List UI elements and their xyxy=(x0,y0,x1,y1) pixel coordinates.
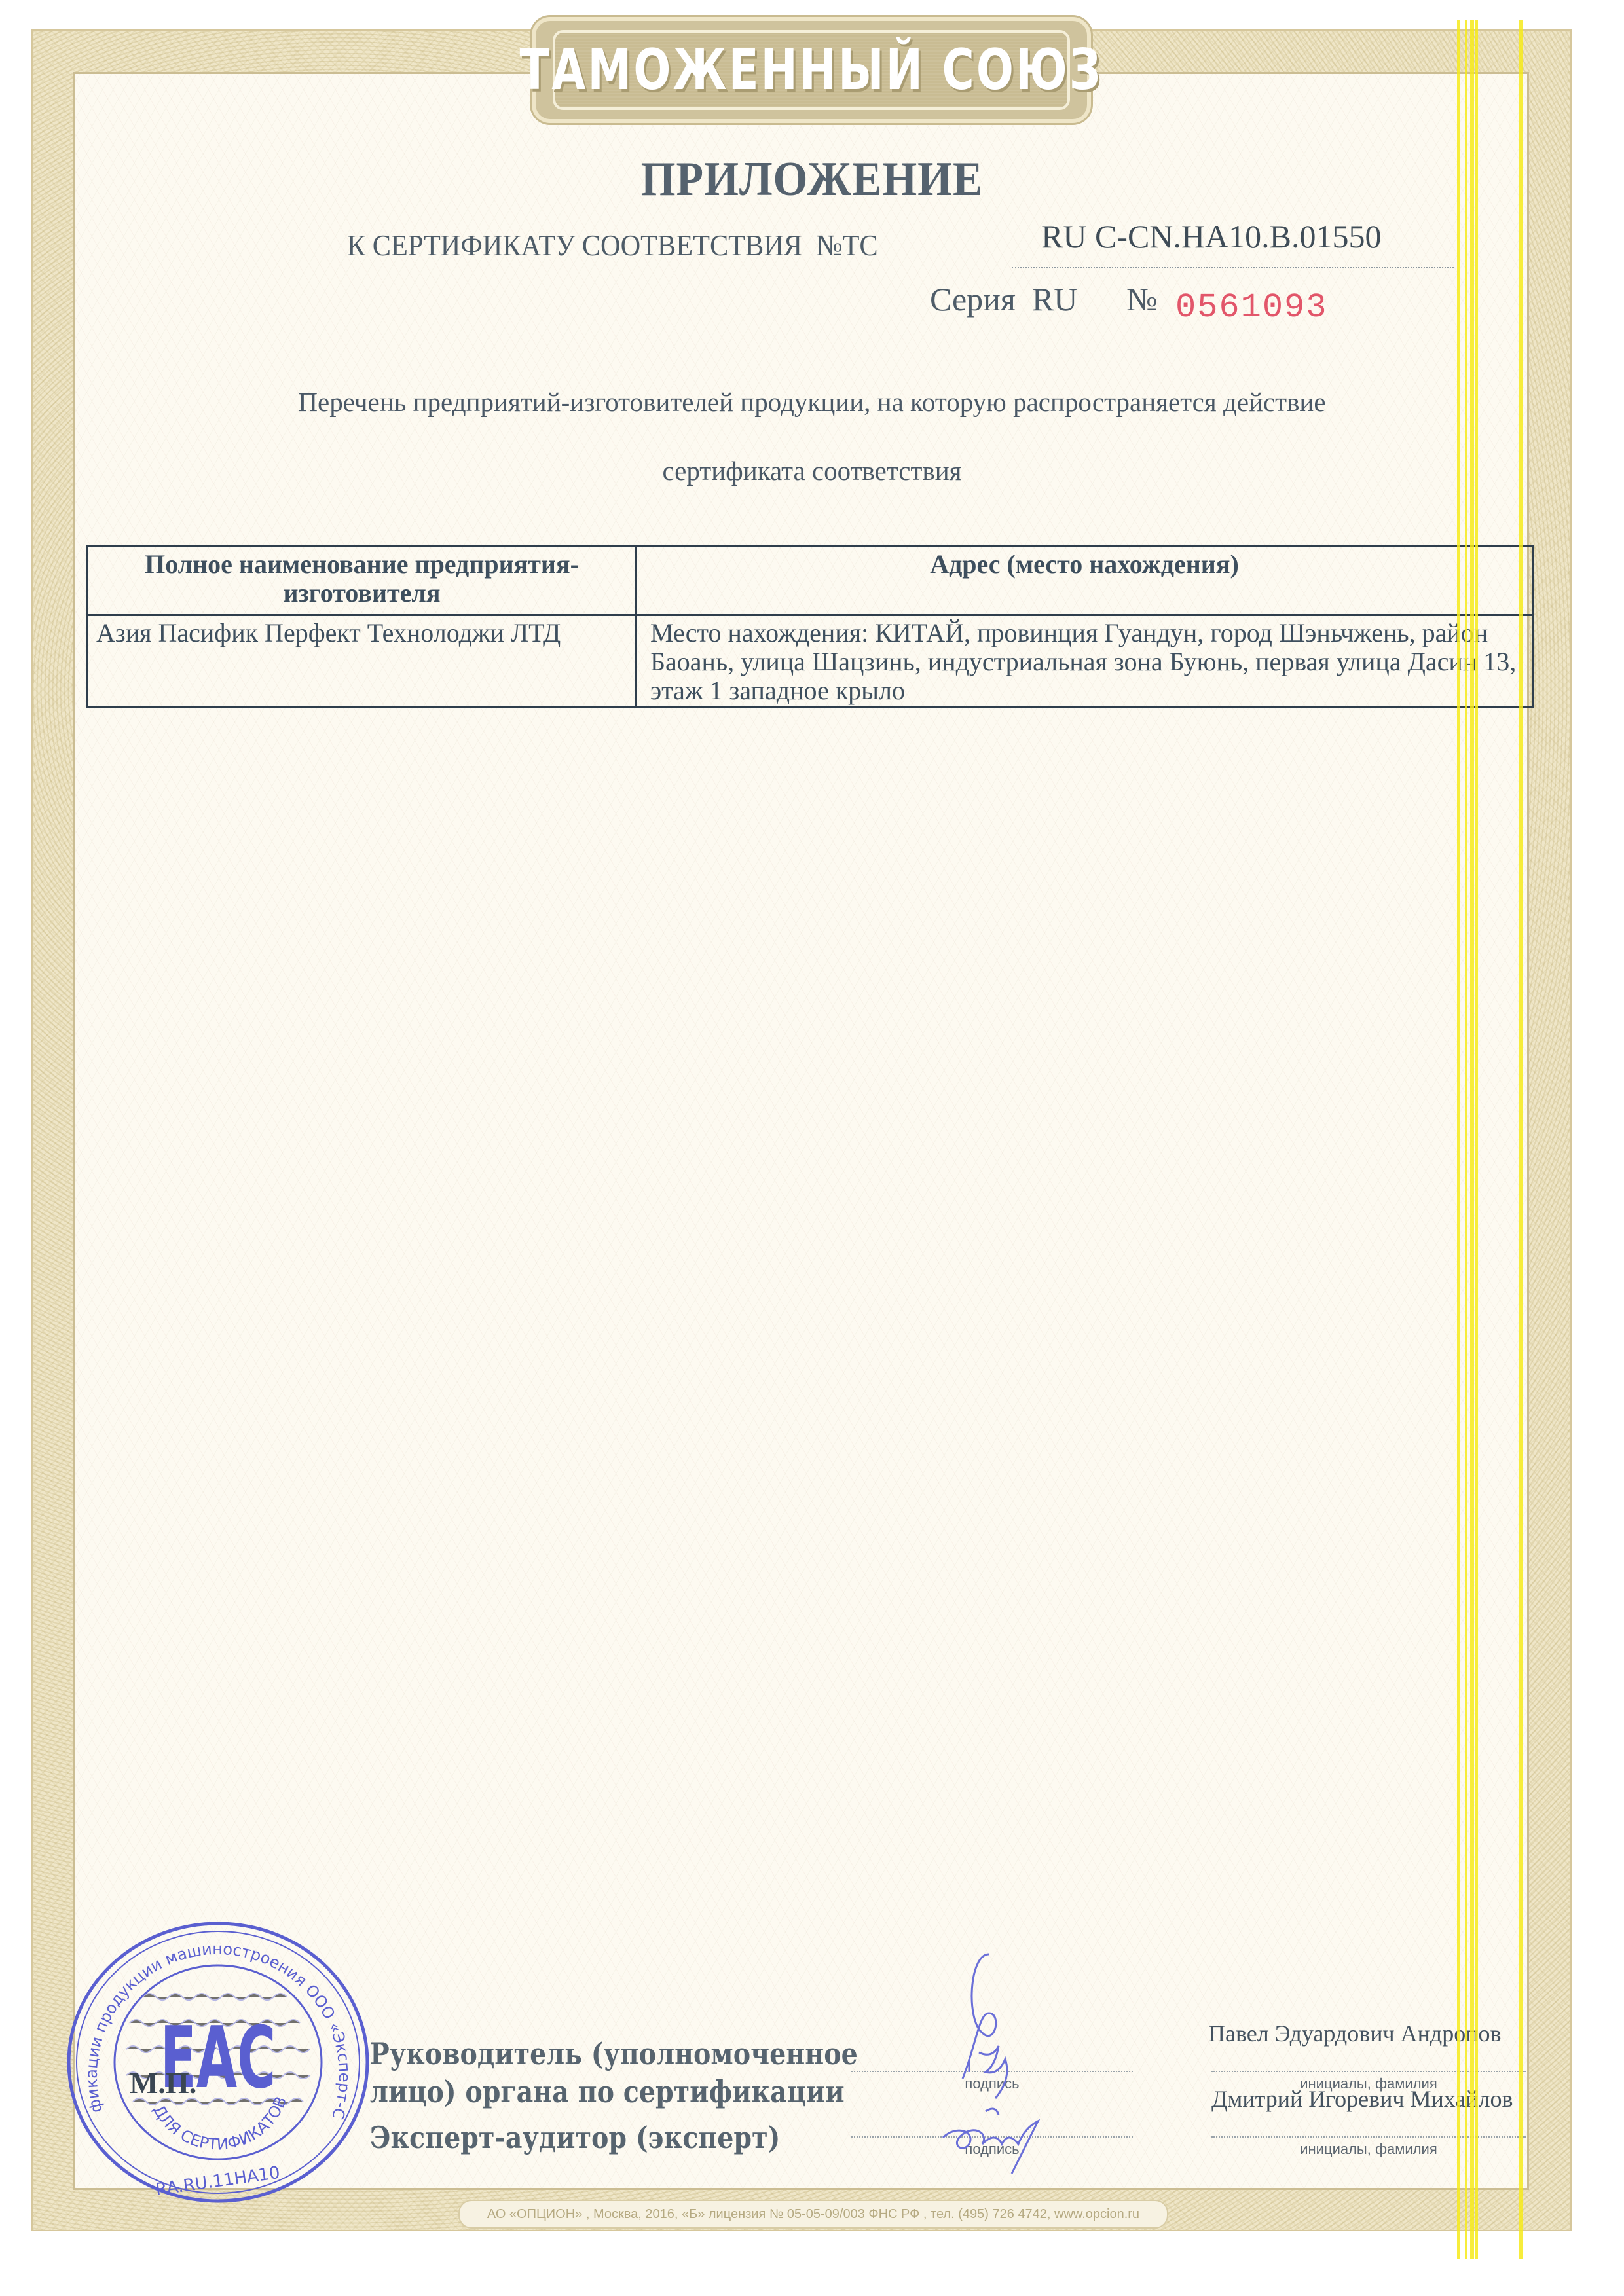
series-label: Серия RU xyxy=(930,280,1077,318)
intro-text-line2: сертификата соответствия xyxy=(0,455,1624,486)
expert-signature-icon xyxy=(936,2098,1054,2177)
column-header-address: Адрес (место нахождения) xyxy=(637,547,1533,615)
banner-title: ТАМОЖЕННЫЙ СОЮЗ xyxy=(520,37,1103,103)
certificate-no-prefix: №ТС xyxy=(816,228,877,262)
scan-streak xyxy=(1475,20,1478,2259)
eac-seal-stamp-icon: ЕАС Орган по сертификации продукции маши… xyxy=(64,1918,372,2206)
seal-mark: М.П. xyxy=(130,2066,196,2100)
certificate-number-underline xyxy=(1012,267,1454,268)
scan-streak xyxy=(1457,20,1460,2259)
table-row: Азия Пасифик Перфект Технолоджи ЛТД Мест… xyxy=(88,615,1533,708)
head-label-line1: Руководитель (уполномоченное xyxy=(370,2036,858,2071)
number-sign: № xyxy=(1126,280,1158,318)
expert-name-caption: инициалы, фамилия xyxy=(1211,2141,1526,2158)
expert-name-line xyxy=(1211,2136,1526,2138)
manufacturer-address: Место нахождения: КИТАЙ, провинция Гуанд… xyxy=(637,615,1533,708)
series-value: RU xyxy=(1032,281,1077,318)
head-name-line xyxy=(1211,2071,1526,2072)
certificate-number: RU C-CN.HA10.B.01550 xyxy=(1041,217,1381,255)
head-label-line2: лицо) органа по сертификации xyxy=(370,2074,845,2109)
column-header-name: Полное наименование предприятия-изготови… xyxy=(88,547,637,615)
scan-streak xyxy=(1470,20,1474,2259)
form-number: 0561093 xyxy=(1175,288,1327,327)
page-title: ПРИЛОЖЕНИЕ xyxy=(65,152,1559,208)
certificate-label: К СЕРТИФИКАТУ СООТВЕТСТВИЯ №ТС xyxy=(347,228,878,263)
printer-imprint: АО «ОПЦИОН» , Москва, 2016, «Б» лицензия… xyxy=(458,2200,1168,2229)
manufacturers-table: Полное наименование предприятия-изготови… xyxy=(86,545,1534,708)
expert-label: Эксперт-аудитор (эксперт) xyxy=(370,2120,780,2155)
expert-name: Дмитрий Игоревич Михайлов xyxy=(1211,2085,1513,2113)
scan-streak xyxy=(1519,20,1523,2259)
customs-union-banner: ТАМОЖЕННЫЙ СОЮЗ xyxy=(536,21,1087,119)
head-signature-icon xyxy=(943,1941,1028,2105)
table-header-row: Полное наименование предприятия-изготови… xyxy=(88,547,1533,615)
manufacturer-name: Азия Пасифик Перфект Технолоджи ЛТД xyxy=(88,615,637,708)
intro-text-line1: Перечень предприятий-изготовителей проду… xyxy=(0,386,1624,418)
scan-streak xyxy=(1465,20,1467,2259)
